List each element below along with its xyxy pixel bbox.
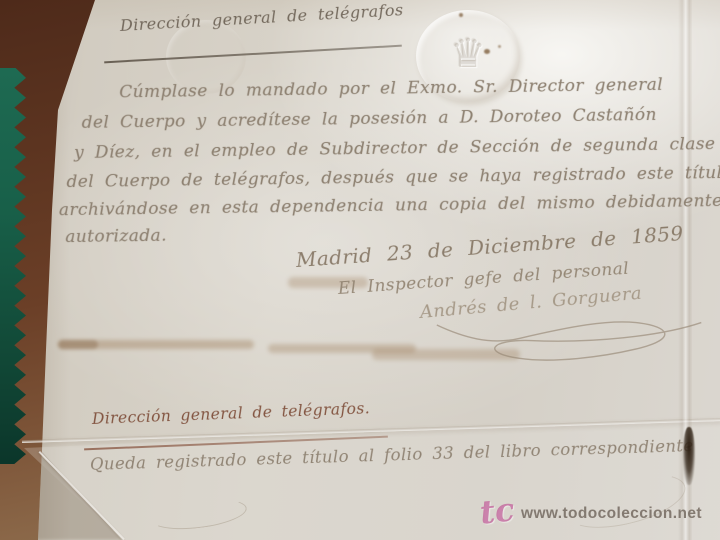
- tc-logo-icon: tc: [478, 490, 516, 531]
- ink-bleed-smudge: [58, 340, 98, 349]
- crown-icon: ♛: [450, 34, 486, 74]
- watermark-url-text: www.todocoleccion.net: [521, 505, 702, 523]
- ink-blot: [683, 427, 695, 485]
- green-fabric-strip: [0, 68, 26, 464]
- foxing-spot: [498, 45, 501, 48]
- foxing-spot: [459, 13, 463, 17]
- photo-of-document: ♛ Dirección general de telégrafos Cúmpla…: [0, 0, 720, 540]
- body-line: autorizada.: [65, 226, 167, 247]
- foxing-spot: [484, 49, 490, 54]
